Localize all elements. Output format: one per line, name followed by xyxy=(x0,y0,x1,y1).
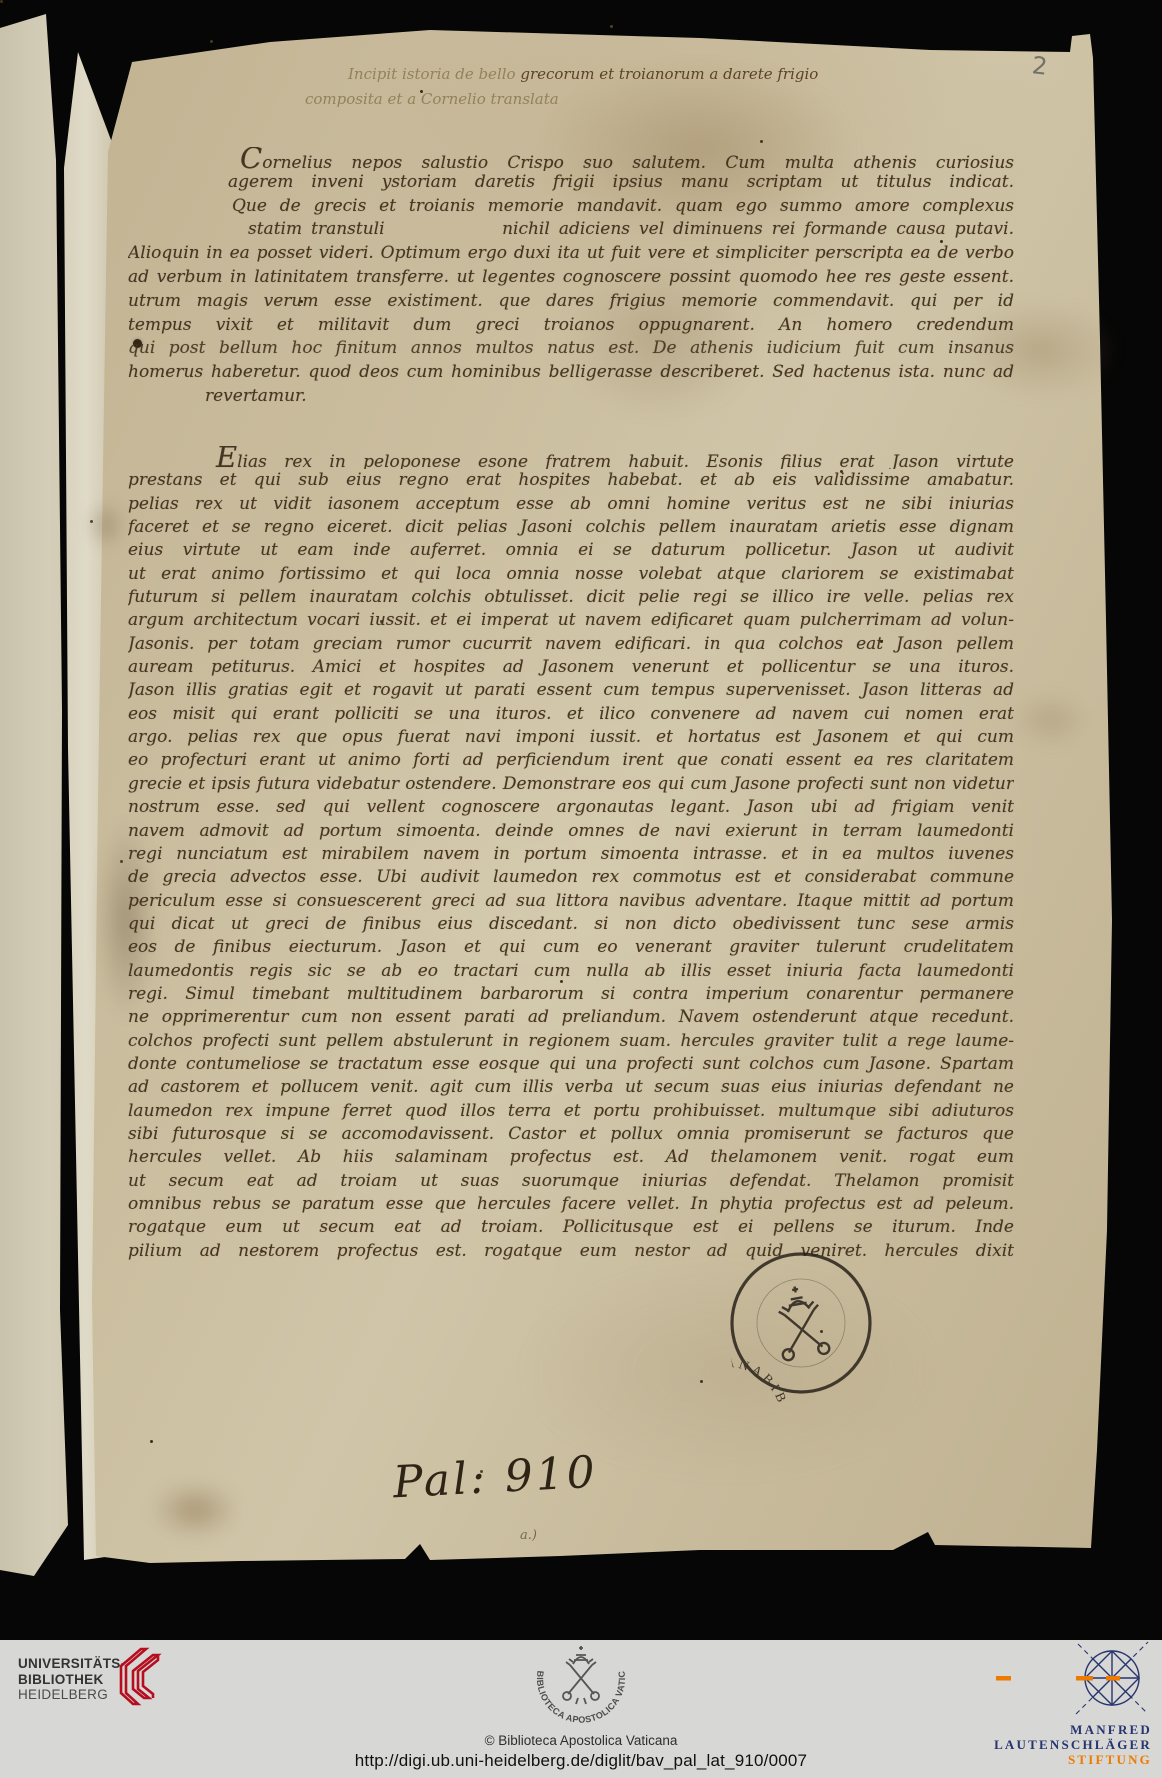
prologue-paragraph: Cornelius nepos salustio Crispo suo salu… xyxy=(128,147,1014,409)
manuscript-line: prestans et qui sub eius regno erat hosp… xyxy=(128,469,1014,492)
dirt-stain xyxy=(150,1480,240,1540)
manuscript-line: ut erat animo fortissimo et qui loca omn… xyxy=(128,563,1014,586)
manuscript-line: colchos profecti sunt pellem abstulerunt… xyxy=(128,1030,1014,1053)
rubric-heading: Incipit istoria de bello grecorum et tro… xyxy=(348,62,868,112)
manuscript-line: navem admovit ad portum simoenta. deinde… xyxy=(128,820,1014,843)
manuscript-line: Jasonis. per totam greciam rumor cucurri… xyxy=(128,633,1014,656)
manuscript-line: ad castorem et pollucem venit. agit cum … xyxy=(128,1076,1014,1099)
manuscript-line: Que de grecis et troianis memorie mandav… xyxy=(128,195,1014,219)
ml-line2: LAUTENSCHLÄGER xyxy=(994,1737,1152,1752)
manuscript-line: eos misit qui erant polliciti se una itu… xyxy=(128,703,1014,726)
manuscript-line: tempus vixit et militavit dum greci troi… xyxy=(128,314,1014,338)
manuscript-line: Jason illis gratias egit et rogavit ut p… xyxy=(128,679,1014,702)
smudge-stain xyxy=(86,500,126,550)
manuscript-line: grecie et ipsis futura videbatur ostende… xyxy=(128,773,1014,796)
rubric-text: Incipit istoria de bello xyxy=(348,65,520,83)
manuscript-line: donte contumeliose se tractatum esse eos… xyxy=(128,1053,1014,1076)
manuscript-line: omnibus rebus se paratum esse que hercul… xyxy=(128,1193,1014,1216)
manuscript-line: ad verbum in latinitatem transferre. ut … xyxy=(128,266,1014,290)
manuscript-line: auream petiturus. Amici et hospites ad J… xyxy=(128,656,1014,679)
lautenschlaeger-wordmark: MANFRED LAUTENSCHLÄGER STIFTUNG xyxy=(994,1722,1152,1767)
manuscript-line: pilium ad nestorem profectus est. rogatq… xyxy=(128,1240,1014,1263)
manuscript-line: rogatque eum ut secum eat ad troiam. Pol… xyxy=(128,1216,1014,1239)
manuscript-photo: Incipit istoria de bello grecorum et tro… xyxy=(0,0,1162,1640)
manuscript-line: de grecia advectos esse. Ubi audivit lau… xyxy=(128,866,1014,889)
svg-text:BIBLIOTECA APOSTOLICA VATICANA: BIBLIOTECA APOSTOLICA VATICANA xyxy=(516,1642,627,1725)
vatican-emblem-icon: BIBLIOTECA APOSTOLICA VATICANA xyxy=(516,1642,646,1730)
manuscript-line: laumedon rex impune ferret quod illos te… xyxy=(128,1100,1014,1123)
main-paragraph: Elias rex in peloponese esone fratrem ha… xyxy=(128,446,1014,1263)
manuscript-line: eos de finibus eiecturum. Jason et qui c… xyxy=(128,936,1014,959)
folio-number: 2 xyxy=(1031,51,1049,80)
manuscript-line: Elias rex in peloponese esone fratrem ha… xyxy=(128,446,1014,469)
manuscript-line: regi. Simul timebant multitudinem barbar… xyxy=(128,983,1014,1006)
manuscript-line: ut secum eat ad troiam ut suas suorumque… xyxy=(128,1170,1014,1193)
crossed-keys-icon xyxy=(563,1646,599,1704)
manuscript-line: homerus haberetur. quod deos cum hominib… xyxy=(128,361,1014,385)
manuscript-line: nostrum esse. sed qui vellent cognoscere… xyxy=(128,796,1014,819)
manuscript-line: Cornelius nepos salustio Crispo suo salu… xyxy=(128,147,1014,171)
manuscript-line: faceret et se regno eiceret. dicit pelia… xyxy=(128,516,1014,539)
pen-trial-mark: a.) xyxy=(520,1528,537,1543)
lautenschlaeger-globe-icon xyxy=(988,1640,1156,1720)
manuscript-line: hercules vellet. Ab hiis salaminam profe… xyxy=(128,1146,1014,1169)
manuscript-line: Alioquin in ea posset videri. Optimum er… xyxy=(128,242,1014,266)
manuscript-line: pelias rex ut vidit iasonem acceptum ess… xyxy=(128,493,1014,516)
manuscript-line: futurum si pellem inauratam colchis obtu… xyxy=(128,586,1014,609)
footer-bar: UNIVERSITÄTS- BIBLIOTHEK HEIDELBERG BIBL… xyxy=(0,1640,1162,1778)
manuscript-line: argo. pelias rex que opus fuerat navi im… xyxy=(128,726,1014,749)
ml-line3: STIFTUNG xyxy=(994,1752,1152,1767)
manuscript-line: eius virtute ut eam inde auferret. omnia… xyxy=(128,539,1014,562)
foxing-spots xyxy=(0,0,3,3)
manuscript-line: laumedontis regis sic se ab eo tractari … xyxy=(128,960,1014,983)
manuscript-line: argum architectum vocari iussit. et ei i… xyxy=(128,609,1014,632)
manuscript-line: ne opprimerentur cum non essent parati a… xyxy=(128,1006,1014,1029)
water-stain xyxy=(1010,690,1090,750)
rubric-line: composita et a Cornelio translata xyxy=(305,87,868,112)
vatican-library-stamp: BIBLIOTHECA APOSTOLICA VATICANA · xyxy=(714,1236,888,1410)
crossed-keys-icon xyxy=(771,1282,830,1361)
manuscript-line: eo profecturi erant ut animo forti ad pe… xyxy=(128,749,1014,772)
ml-line1: MANFRED xyxy=(994,1722,1152,1737)
manuscript-line: qui post bellum hoc finitum annos multos… xyxy=(128,337,1014,361)
seal-arc-text: BIBLIOTECA APOSTOLICA VATICANA xyxy=(516,1642,627,1725)
manuscript-line: statim transtuli nichil adiciens vel dim… xyxy=(128,218,1014,242)
rubric-text: grecorum et troianorum a darete frigio xyxy=(520,65,818,83)
rubric-line: Incipit istoria de bello grecorum et tro… xyxy=(348,62,868,87)
manuscript-line: regi nunciatum est mirabilem navem in po… xyxy=(128,843,1014,866)
manuscript-line: sibi futurosque si se accomodavissent. C… xyxy=(128,1123,1014,1146)
manuscript-line: periculum esse si consuescerent greci ad… xyxy=(128,890,1014,913)
manuscript-line: qui dicat ut greci de finibus eius disce… xyxy=(128,913,1014,936)
manuscript-line: utrum magis verum esse existiment. que d… xyxy=(128,290,1014,314)
copyright-line: © Biblioteca Apostolica Vaticana xyxy=(0,1733,1162,1748)
source-url: http://digi.ub.uni-heidelberg.de/diglit/… xyxy=(0,1751,1162,1771)
manuscript-line: agerem inveni ystoriam daretis frigii ip… xyxy=(128,171,1014,195)
shelfmark: Pal: 910 xyxy=(392,1447,599,1509)
manuscript-line: revertamur. xyxy=(128,385,1014,409)
